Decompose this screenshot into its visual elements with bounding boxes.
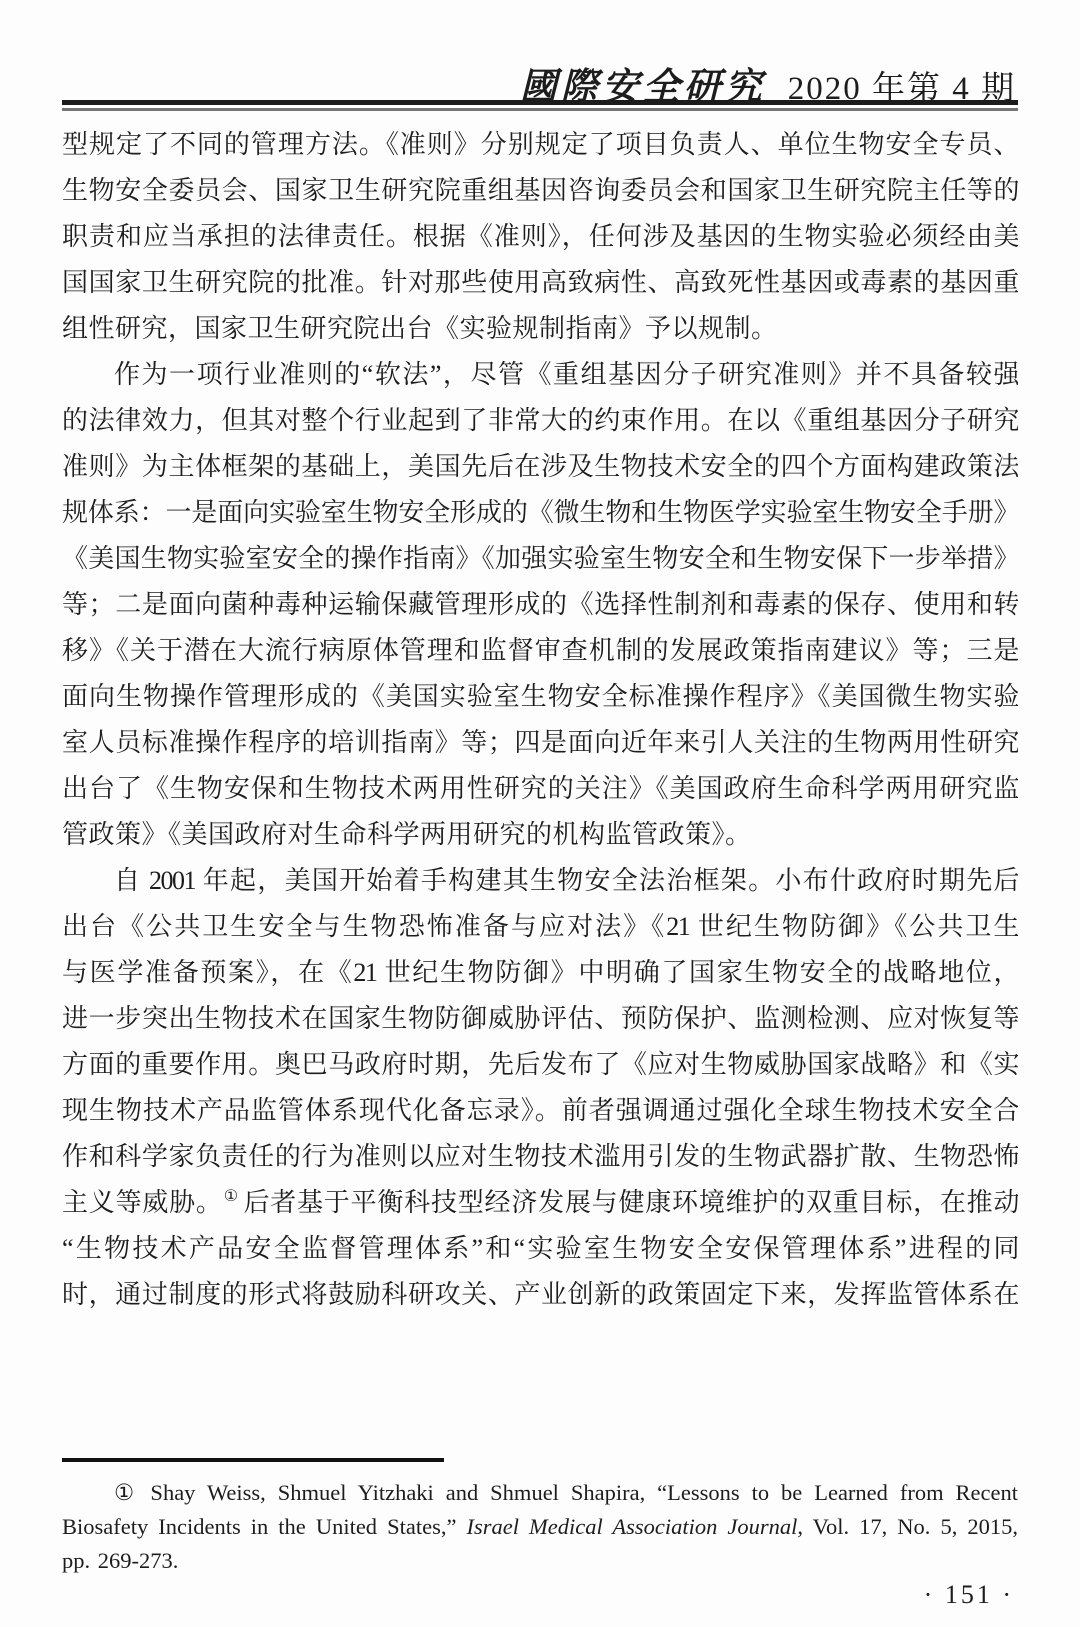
body-line: 的法律效力，但其对整个行业起到了非常大的约束作用。在以《重组基因分子研究 <box>62 398 1018 444</box>
footnote-ref-marker: ① <box>223 1188 244 1205</box>
body-line: 职责和应当承担的法律责任。根据《准则》，任何涉及基因的生物实验必须经由美 <box>62 214 1018 260</box>
body-line: 组性研究，国家卫生研究院出台《实验规制指南》予以规制。 <box>62 306 1018 352</box>
footnote-separator <box>62 1458 444 1462</box>
body-line: 规体系：一是面向实验室生物安全形成的《微生物和生物医学实验室生物安全手册》 <box>62 490 1018 536</box>
header-rule-thick <box>62 100 1018 105</box>
body-line: 面向生物操作管理形成的《美国实验室生物安全标准操作程序》《美国微生物实验 <box>62 674 1018 720</box>
body-line: 准则》为主体框架的基础上，美国先后在涉及生物技术安全的四个方面构建政策法 <box>62 444 1018 490</box>
body-line: 出台了《生物安保和生物技术两用性研究的关注》《美国政府生命科学两用研究监 <box>62 766 1018 812</box>
footnote-journal-title: Israel Medical Association Journal <box>466 1514 797 1539</box>
header-rule-thin <box>62 108 1018 111</box>
body-line: 主义等威胁。①后者基于平衡科技型经济发展与健康环境维护的双重目标，在推动 <box>62 1180 1018 1226</box>
body-line: 方面的重要作用。奥巴马政府时期，先后发布了《应对生物威胁国家战略》和《实 <box>62 1042 1018 1088</box>
body-line: 现生物技术产品监管体系现代化备忘录》。前者强调通过强化全球生物技术安全合 <box>62 1088 1018 1134</box>
body-line: 型规定了不同的管理方法。《准则》分别规定了项目负责人、单位生物安全专员、 <box>62 122 1018 168</box>
article-body: 型规定了不同的管理方法。《准则》分别规定了项目负责人、单位生物安全专员、生物安全… <box>62 122 1018 1318</box>
body-line: 《美国生物实验室安全的操作指南》《加强实验室生物安全和生物安保下一步举措》 <box>62 536 1018 582</box>
body-line: “生物技术产品安全监督管理体系”和“实验室生物安全安保管理体系”进程的同 <box>62 1226 1018 1272</box>
body-line: 管政策》《美国政府对生命科学两用研究的机构监管政策》。 <box>62 812 1018 858</box>
body-line: 作和科学家负责任的行为准则以应对生物技术滥用引发的生物武器扩散、生物恐怖 <box>62 1134 1018 1180</box>
body-line: 进一步突出生物技术在国家生物防御威胁评估、预防保护、监测检测、应对恢复等 <box>62 996 1018 1042</box>
page-number: · 151 · <box>924 1580 1014 1610</box>
body-line: 室人员标准操作程序的培训指南》等；四是面向近年来引人关注的生物两用性研究 <box>62 720 1018 766</box>
body-line: 作为一项行业准则的“软法”，尽管《重组基因分子研究准则》并不具备较强 <box>62 352 1018 398</box>
journal-page: 國際安全研究 2020 年第 4 期 型规定了不同的管理方法。《准则》分别规定了… <box>0 0 1080 1627</box>
body-line: 国国家卫生研究院的批准。针对那些使用高致病性、高致死性基因或毒素的基因重 <box>62 260 1018 306</box>
body-line: 出台《公共卫生安全与生物恐怖准备与应对法》《21 世纪生物防御》《公共卫生 <box>62 904 1018 950</box>
body-line: 自 2001 年起，美国开始着手构建其生物安全法治框架。小布什政府时期先后 <box>62 858 1018 904</box>
body-line: 移》《关于潜在大流行病原体管理和监督审查机制的发展政策指南建议》等；三是 <box>62 628 1018 674</box>
body-line: 时，通过制度的形式将鼓励科研攻关、产业创新的政策固定下来，发挥监管体系在 <box>62 1272 1018 1318</box>
body-line: 与医学准备预案》，在《21 世纪生物防御》中明确了国家生物安全的战略地位， <box>62 950 1018 996</box>
body-line: 等；二是面向菌种毒种运输保藏管理形成的《选择性制剂和毒素的保存、使用和转 <box>62 582 1018 628</box>
body-line: 生物安全委员会、国家卫生研究院重组基因咨询委员会和国家卫生研究院主任等的 <box>62 168 1018 214</box>
footnote-text: ① Shay Weiss, Shmuel Yitzhaki and Shmuel… <box>62 1476 1018 1578</box>
